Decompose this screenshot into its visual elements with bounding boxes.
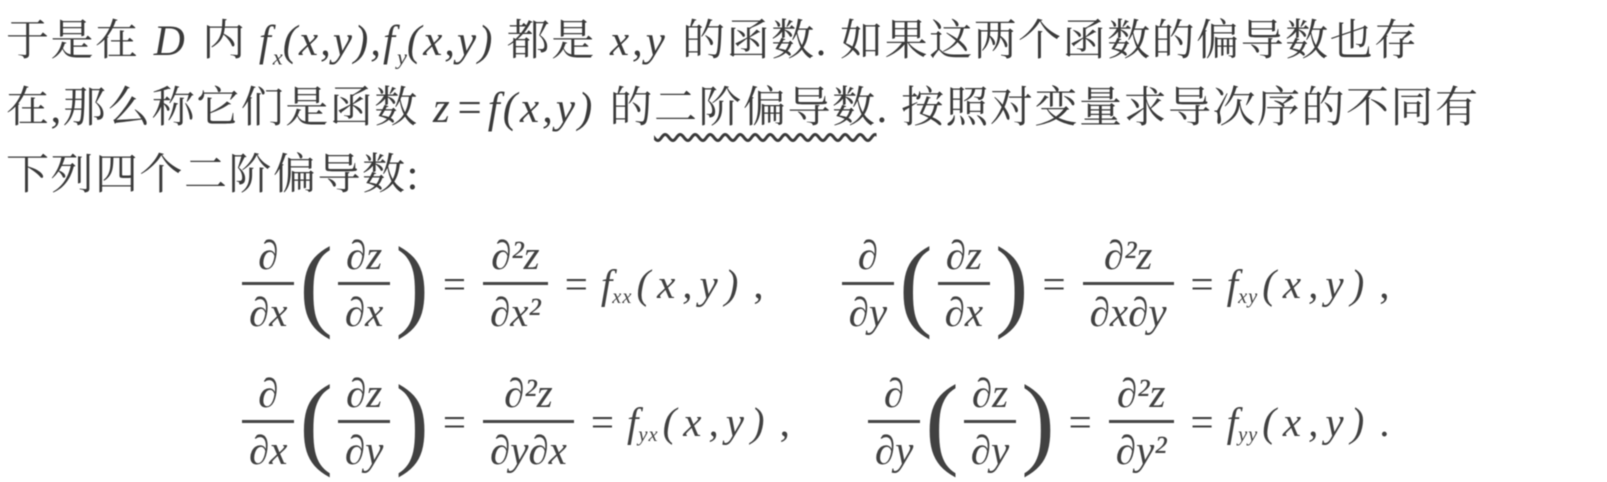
equals-sign: = [455,85,486,132]
equals-sign: = [565,260,588,308]
left-paren: ( [299,240,332,327]
paragraph: 于是在 D 内 fx(x,y),fy(x,y) 都是 x,y 的函数. 如果这两… [6,8,1601,209]
math-var-D: D [152,18,190,65]
formula-fyy: ∂∂y ( ∂z∂y ) = ∂²z∂y² = fyy(x,y) . [864,369,1390,475]
text-segment: 的函数. 如果这两个函数的偏导数也存 [670,18,1419,65]
math-fy-term: fy(x,y) [383,18,494,65]
text-line-3: 下列四个二阶偏导数: [6,142,1601,209]
punctuation: , [753,260,763,308]
math-fx-term: fx(x,y) [259,18,370,65]
inner-derivative-fraction: ∂z∂y [964,369,1016,475]
text-segment: 内 [190,18,259,65]
comma: , [370,18,383,65]
left-paren: ( [899,240,932,327]
left-paren: ( [299,378,332,465]
formula-fyx: ∂∂x ( ∂z∂y ) = ∂²z∂y∂x = fyx(x,y) , [238,369,790,475]
outer-derivative-fraction: ∂∂y [842,231,894,337]
equals-sign: = [1069,398,1092,446]
formula-row-2: ∂∂x ( ∂z∂y ) = ∂²z∂y∂x = fyx(x,y) , ∂∂y … [238,369,1601,475]
punctuation: , [780,398,790,446]
function-notation-fxy: fxy(x,y) [1227,260,1372,308]
function-notation-fyx: fyx(x,y) [627,398,772,446]
punctuation: . [1379,398,1389,446]
inner-derivative-fraction: ∂z∂y [338,369,390,475]
math-var-z: z [431,85,455,132]
text-segment: 于是在 [6,18,152,65]
result-fraction: ∂²z∂x∂y [1083,231,1174,337]
inner-derivative-fraction: ∂z∂x [338,231,390,337]
text-line-1: 于是在 D 内 fx(x,y),fy(x,y) 都是 x,y 的函数. 如果这两… [6,8,1601,75]
emphasized-term-second-order-partials: 二阶偏导数 [654,85,877,132]
function-notation-fyy: fyy(x,y) [1227,398,1372,446]
text-segment: 都是 [494,18,608,65]
formula-fxy: ∂∂y ( ∂z∂x ) = ∂²z∂x∂y = fxy(x,y) , [838,231,1390,337]
formula-fxx: ∂∂x ( ∂z∂x ) = ∂²z∂x² = fxx(x,y) , [238,231,764,337]
math-fxy-term: f(x,y) [486,85,598,132]
formula-row-1: ∂∂x ( ∂z∂x ) = ∂²z∂x² = fxx(x,y) , ∂∂y (… [238,231,1601,337]
right-paren: ) [395,378,428,465]
outer-derivative-fraction: ∂∂x [242,231,294,337]
result-fraction: ∂²z∂y∂x [483,369,574,475]
equals-sign: = [1191,398,1214,446]
equals-sign: = [1043,260,1066,308]
right-paren: ) [995,240,1028,327]
result-fraction: ∂²z∂y² [1109,369,1174,475]
equals-sign: = [591,398,614,446]
outer-derivative-fraction: ∂∂y [868,369,920,475]
text-segment: 的 [597,85,654,132]
math-vars-xy: x,y [608,18,670,65]
text-segment: . 按照对变量求导次序的不同有 [877,85,1480,132]
scanned-textbook-page: 于是在 D 内 fx(x,y),fy(x,y) 都是 x,y 的函数. 如果这两… [0,0,1607,482]
equals-sign: = [443,260,466,308]
equals-sign: = [443,398,466,446]
right-paren: ) [1021,378,1054,465]
outer-derivative-fraction: ∂∂x [242,369,294,475]
left-paren: ( [925,378,958,465]
text-segment: 下列四个二阶偏导数: [6,152,420,199]
text-segment: 在,那么称它们是函数 [6,85,431,132]
right-paren: ) [395,240,428,327]
text-line-2: 在,那么称它们是函数 z=f(x,y) 的二阶偏导数. 按照对变量求导次序的不同… [6,75,1601,142]
equals-sign: = [1191,260,1214,308]
function-notation-fxx: fxx(x,y) [601,260,746,308]
result-fraction: ∂²z∂x² [483,231,548,337]
punctuation: , [1379,260,1389,308]
inner-derivative-fraction: ∂z∂x [938,231,990,337]
